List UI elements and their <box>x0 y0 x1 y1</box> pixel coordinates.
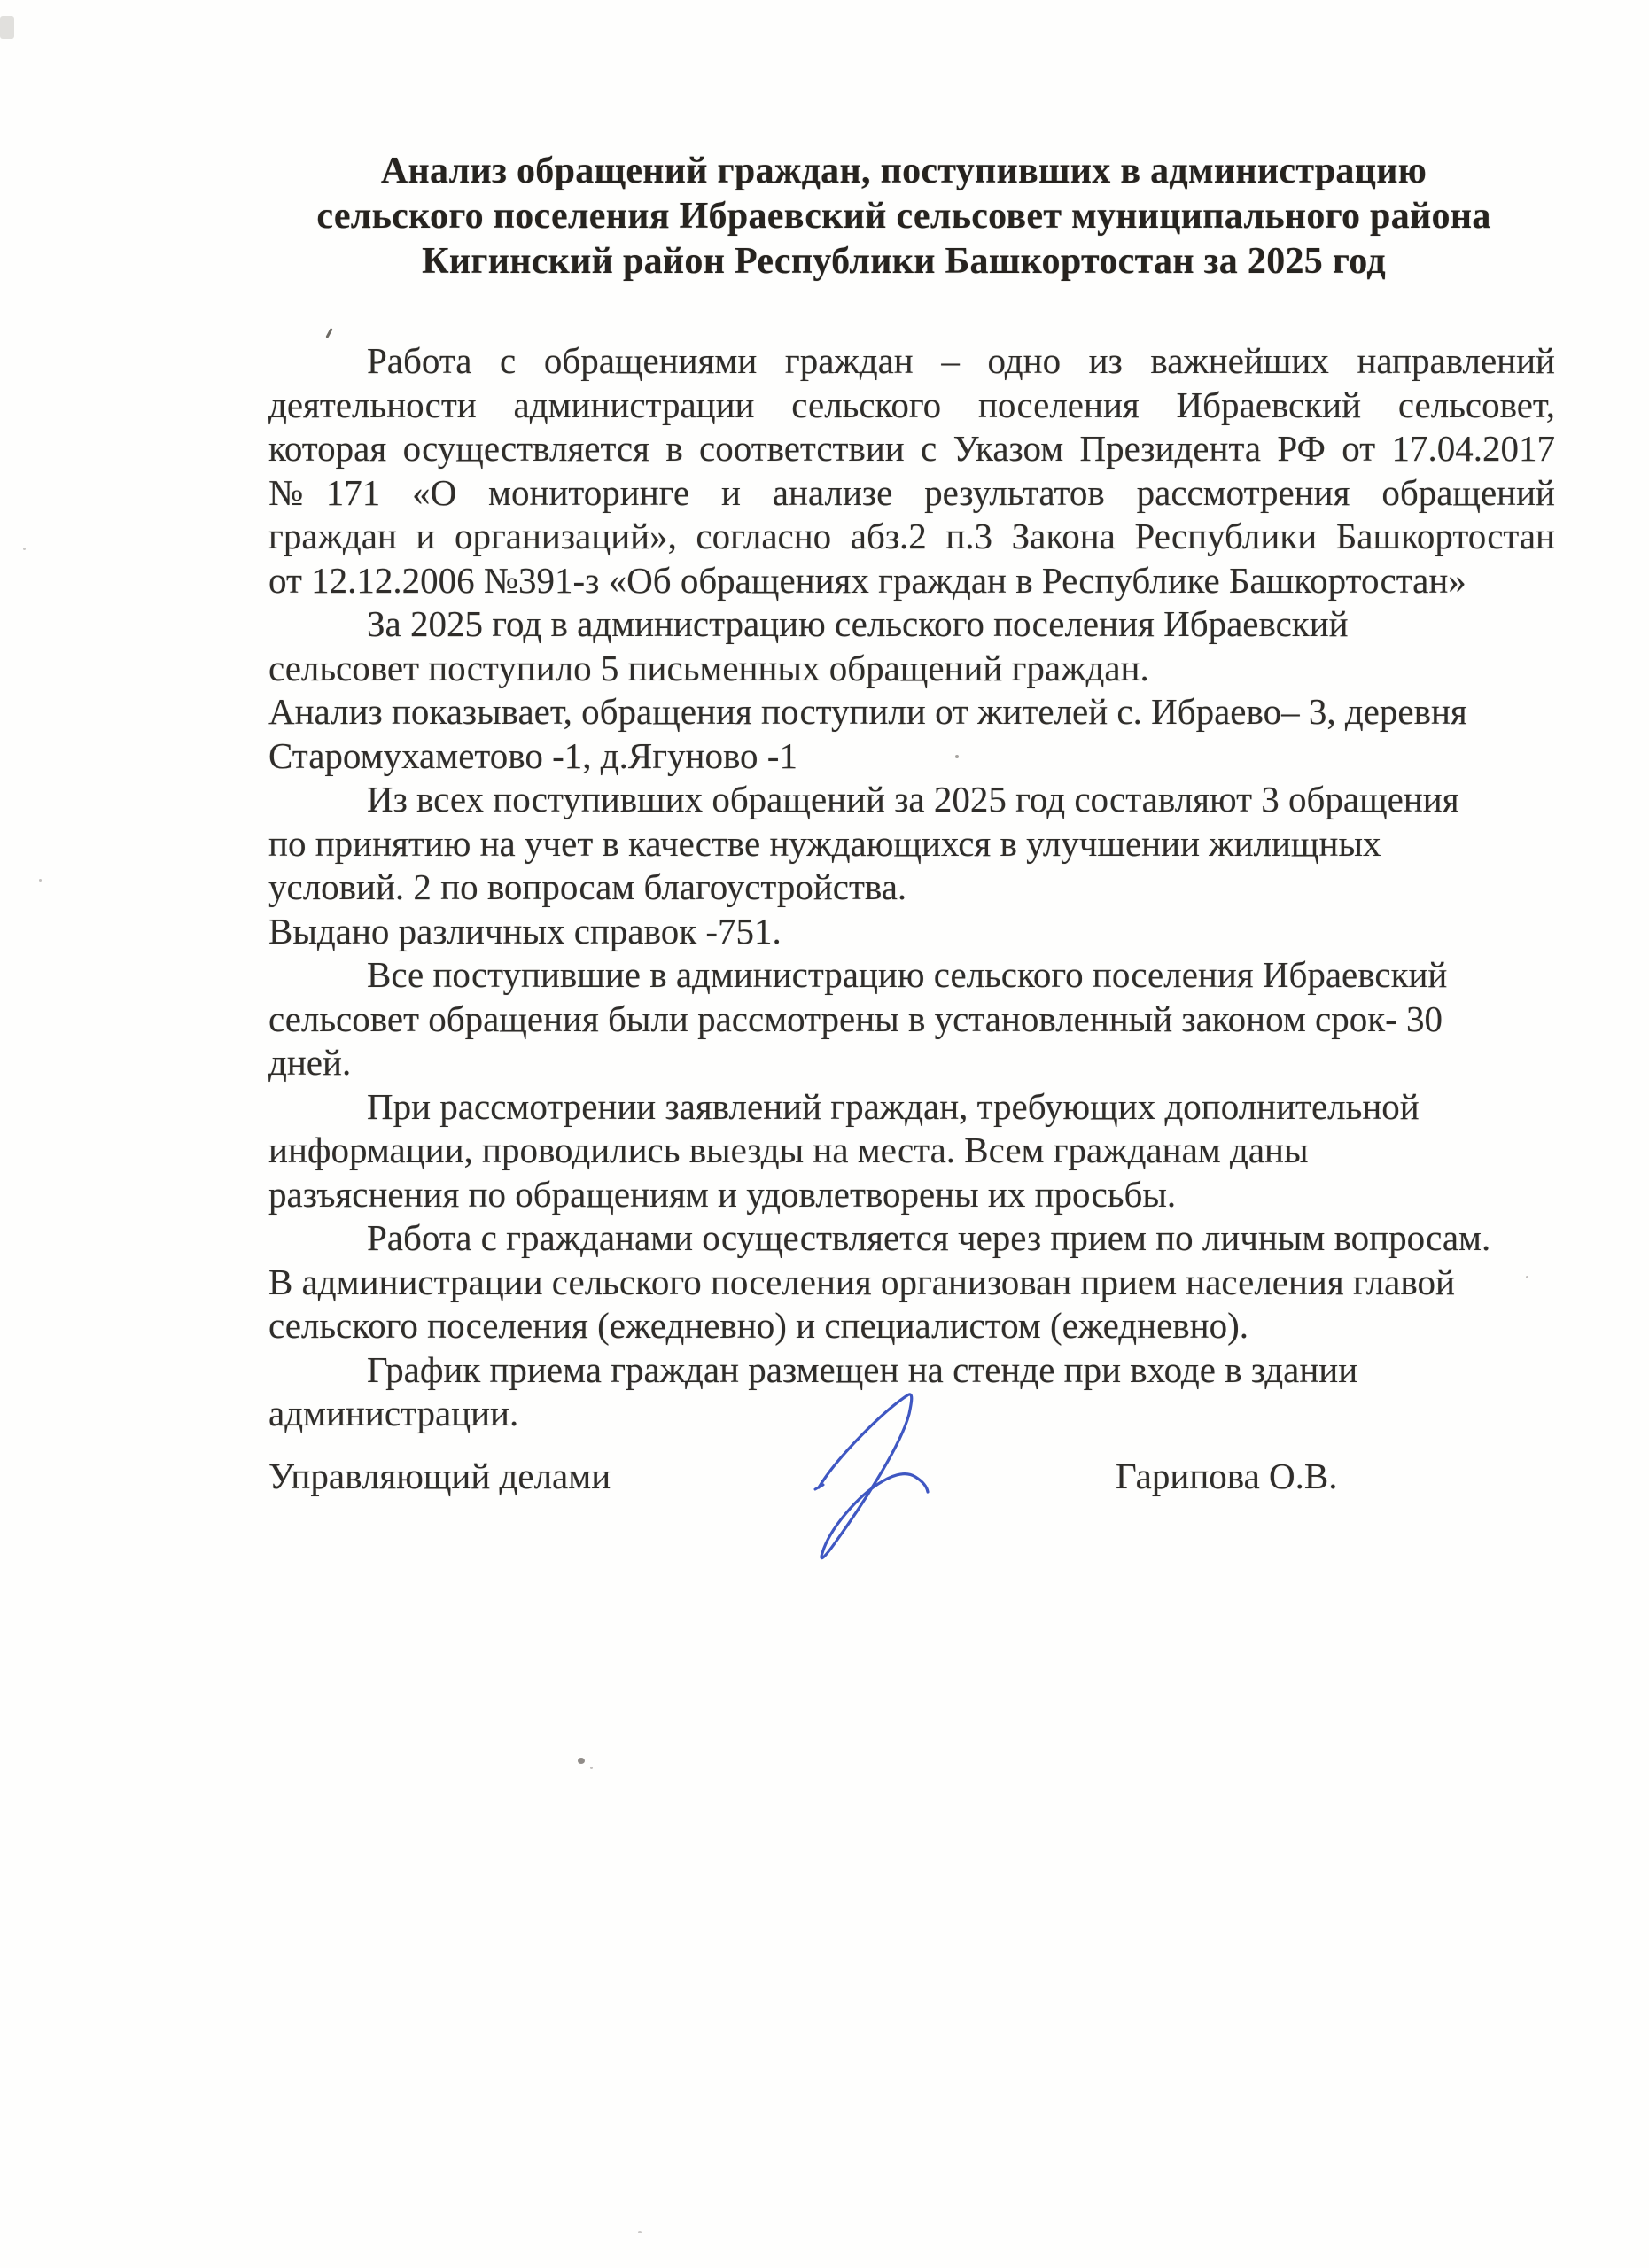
body-line: сельсовет обращения были рассмотрены в у… <box>268 998 1555 1042</box>
body-line: по принятию на учет в качестве нуждающих… <box>268 822 1555 866</box>
signature-icon <box>806 1387 939 1577</box>
body-line: За 2025 год в администрацию сельского по… <box>268 602 1555 647</box>
body-line: В администрации сельского поселения орга… <box>268 1261 1555 1305</box>
body-line: Из всех поступивших обращений за 2025 го… <box>268 778 1555 822</box>
signatory-role: Управляющий делами <box>268 1455 611 1498</box>
scan-speck <box>23 548 26 550</box>
body-line: которая осуществляется в соответствии с … <box>268 427 1555 471</box>
scan-speck <box>578 1758 585 1764</box>
body-line: сельсовет поступило 5 письменных обращен… <box>268 647 1555 691</box>
scan-speck <box>955 755 959 758</box>
body-line: Выдано различных справок -751. <box>268 910 1555 954</box>
scan-speck <box>638 2231 642 2233</box>
scan-speck <box>39 879 42 882</box>
signatory-name: Гарипова О.В. <box>1116 1455 1337 1498</box>
body-line: №171 «О мониторинге и анализе результато… <box>268 471 1555 516</box>
document-title: Анализ обращений граждан, поступивших в … <box>275 149 1533 284</box>
body-line: дней. <box>268 1041 1555 1085</box>
body-line: разъяснения по обращениям и удовлетворен… <box>268 1173 1555 1217</box>
title-line: Кигинский район Республики Башкортостан … <box>275 239 1533 284</box>
body-line: информации, проводились выезды на места.… <box>268 1129 1555 1173</box>
body-line: деятельности администрации сельского пос… <box>268 384 1555 428</box>
scanner-edge-smudge <box>0 16 14 39</box>
body-line: Старомухаметово -1, д.Ягуново -1 <box>268 734 1555 779</box>
body-line: При рассмотрении заявлений граждан, треб… <box>268 1085 1555 1130</box>
title-line: сельского поселения Ибраевский сельсовет… <box>275 194 1533 239</box>
body-line: Анализ показывает, обращения поступили о… <box>268 690 1555 734</box>
signature-stroke <box>819 1394 928 1558</box>
title-line: Анализ обращений граждан, поступивших в … <box>275 149 1533 194</box>
body-line: Все поступившие в администрацию сельског… <box>268 953 1555 998</box>
document-body: Работа с обращениями граждан – одно из в… <box>268 339 1555 1436</box>
body-line: График приема граждан размещен на стенде… <box>268 1348 1555 1393</box>
body-line: Работа с обращениями граждан – одно из в… <box>268 339 1555 384</box>
scan-speck <box>325 328 332 338</box>
scan-speck <box>590 1767 593 1769</box>
body-line: граждан и организаций», согласно абз.2 п… <box>268 515 1555 559</box>
body-line: от 12.12.2006 №391-з «Об обращениях граж… <box>268 559 1555 603</box>
scanned-document-page: Анализ обращений граждан, поступивших в … <box>0 0 1649 2268</box>
body-line: Работа с гражданами осуществляется через… <box>268 1216 1555 1261</box>
body-line: сельского поселения (ежедневно) и специа… <box>268 1304 1555 1348</box>
scan-speck <box>1526 1276 1528 1278</box>
body-line: условий. 2 по вопросам благоустройства. <box>268 866 1555 910</box>
